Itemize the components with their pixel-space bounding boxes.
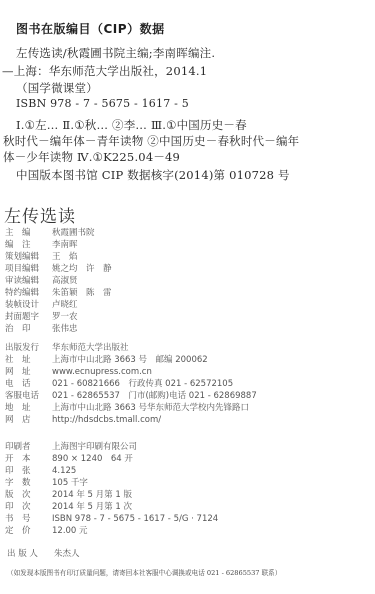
- credit-label: 特约编辑: [5, 287, 52, 299]
- printing-label: 定 价: [5, 525, 52, 537]
- printing-value: 105 千字: [52, 477, 88, 489]
- publisher-label: 网 址: [5, 366, 52, 378]
- cip-line-publisher: —上海：华东师范大学出版社，2014.1: [2, 63, 207, 79]
- credit-label: 策划编辑: [5, 251, 52, 263]
- printing-label: 版 次: [5, 489, 52, 501]
- publisher-row: 网 址www.ecnupress.com.cn: [5, 366, 257, 378]
- credit-row: 治 印张伟忠: [5, 323, 112, 335]
- credit-row: 策划编辑王 焰: [5, 251, 112, 263]
- cip-line-title: 左传选读/秋霞圃书院主编;李南晖编注.: [16, 45, 215, 61]
- publisher-label: 电 话: [5, 378, 52, 390]
- issuer-line: 出 版 人朱杰人: [7, 547, 80, 559]
- printing-row: 印 次2014 年 5 月第 1 次: [5, 501, 218, 513]
- publisher-row: 电 话021 - 60821666 行政传真 021 - 62572105: [5, 378, 257, 390]
- cip-subject-line-2: 秋时代－编年体－青年读物 ②中国历史－春秋时代－编年: [3, 133, 299, 149]
- printing-label: 印 张: [5, 465, 52, 477]
- printing-label: 书 号: [5, 513, 52, 525]
- publisher-label: 网 店: [5, 414, 52, 426]
- publisher-label: 客服电话: [5, 390, 52, 402]
- credit-label: 封面题字: [5, 311, 52, 323]
- publisher-label: 出版发行: [5, 342, 52, 354]
- cip-line-isbn: ISBN 978 - 7 - 5675 - 1617 - 5: [16, 97, 189, 110]
- printing-block: 印刷者上海图宇印刷有限公司 开 本890 × 1240 64 开 印 张4.12…: [5, 441, 218, 537]
- printing-value: 890 × 1240 64 开: [52, 453, 133, 465]
- cip-subject-line-3: 体－少年读物 Ⅳ.①K225.04－49: [3, 149, 180, 165]
- publisher-value: 华东师范大学出版社: [52, 342, 129, 354]
- issuer-label: 出 版 人: [7, 547, 54, 559]
- publisher-row: 出版发行华东师范大学出版社: [5, 342, 257, 354]
- credit-value: 李南晖: [52, 239, 78, 251]
- printing-label: 字 数: [5, 477, 52, 489]
- credit-label: 装帧设计: [5, 299, 52, 311]
- publisher-shop-link[interactable]: http://hdsdcbs.tmall.com/: [52, 414, 161, 426]
- credit-value: 罗一农: [52, 311, 78, 323]
- printing-row: 书 号ISBN 978 - 7 - 5675 - 1617 - 5/G · 71…: [5, 513, 218, 525]
- publisher-block: 出版发行华东师范大学出版社 社 址上海市中山北路 3663 号 邮编 20006…: [5, 342, 257, 426]
- book-title: 左传选读: [4, 202, 76, 227]
- publisher-row: 地 址上海市中山北路 3663 号华东师范大学校内先锋路口: [5, 402, 257, 414]
- credit-label: 治 印: [5, 323, 52, 335]
- publisher-website[interactable]: www.ecnupress.com.cn: [52, 366, 152, 378]
- credit-value: 王 焰: [52, 251, 78, 263]
- printing-label: 开 本: [5, 453, 52, 465]
- printing-value: 上海图宇印刷有限公司: [52, 441, 137, 453]
- printing-row: 定 价12.00 元: [5, 525, 218, 537]
- credit-row: 编 注李南晖: [5, 239, 112, 251]
- publisher-value: 上海市中山北路 3663 号 邮编 200062: [52, 354, 208, 366]
- publisher-row: 社 址上海市中山北路 3663 号 邮编 200062: [5, 354, 257, 366]
- publisher-label: 地 址: [5, 402, 52, 414]
- credit-value: 卢晓红: [52, 299, 78, 311]
- credit-value: 高淑贤: [52, 275, 78, 287]
- credit-row: 封面题字罗一农: [5, 311, 112, 323]
- credit-value: 姚之均 许 静: [52, 263, 112, 275]
- printing-value: 12.00 元: [52, 525, 88, 537]
- credit-label: 项目编辑: [5, 263, 52, 275]
- printing-value: 4.125: [52, 465, 76, 477]
- printing-value: ISBN 978 - 7 - 5675 - 1617 - 5/G · 7124: [52, 513, 218, 525]
- cip-line-series: （国学微课堂）: [16, 80, 98, 96]
- cip-subject-line-1: Ⅰ.①左… Ⅱ.①秋… ②李… Ⅲ.①中国历史－春: [16, 117, 247, 133]
- publisher-value: 021 - 60821666 行政传真 021 - 62572105: [52, 378, 233, 390]
- cip-verification: 中国版本图书馆 CIP 数据核字(2014)第 010728 号: [16, 167, 290, 183]
- credit-row: 项目编辑姚之均 许 静: [5, 263, 112, 275]
- quality-footnote: （如发现本版图书有印订质量问题，请寄回本社客服中心调换或电话 021 - 628…: [7, 567, 281, 577]
- credit-value: 朱笛颖 陈 雷: [52, 287, 112, 299]
- publisher-row: 网 店http://hdsdcbs.tmall.com/: [5, 414, 257, 426]
- printing-value: 2014 年 5 月第 1 版: [52, 489, 132, 501]
- credit-label: 编 注: [5, 239, 52, 251]
- publisher-label: 社 址: [5, 354, 52, 366]
- publisher-value: 021 - 62865537 门市(邮购)电话 021 - 62869887: [52, 390, 257, 402]
- credit-row: 特约编辑朱笛颖 陈 雷: [5, 287, 112, 299]
- credit-label: 主 编: [5, 227, 52, 239]
- printing-row: 字 数105 千字: [5, 477, 218, 489]
- credits-block: 主 编秋霞圃书院 编 注李南晖 策划编辑王 焰 项目编辑姚之均 许 静 审读编辑…: [5, 227, 112, 335]
- credit-row: 装帧设计卢晓红: [5, 299, 112, 311]
- issuer-value: 朱杰人: [54, 549, 80, 559]
- publisher-value: 上海市中山北路 3663 号华东师范大学校内先锋路口: [52, 402, 249, 414]
- credit-label: 审读编辑: [5, 275, 52, 287]
- printing-row: 印刷者上海图宇印刷有限公司: [5, 441, 218, 453]
- credit-value: 秋霞圃书院: [52, 227, 95, 239]
- printing-row: 印 张4.125: [5, 465, 218, 477]
- publisher-row: 客服电话021 - 62865537 门市(邮购)电话 021 - 628698…: [5, 390, 257, 402]
- printing-label: 印 次: [5, 501, 52, 513]
- printing-row: 版 次2014 年 5 月第 1 版: [5, 489, 218, 501]
- cip-heading: 图书在版编目（CIP）数据: [16, 20, 165, 37]
- credit-row: 审读编辑高淑贤: [5, 275, 112, 287]
- printing-value: 2014 年 5 月第 1 次: [52, 501, 132, 513]
- printing-label: 印刷者: [5, 441, 52, 453]
- credit-row: 主 编秋霞圃书院: [5, 227, 112, 239]
- printing-row: 开 本890 × 1240 64 开: [5, 453, 218, 465]
- credit-value: 张伟忠: [52, 323, 78, 335]
